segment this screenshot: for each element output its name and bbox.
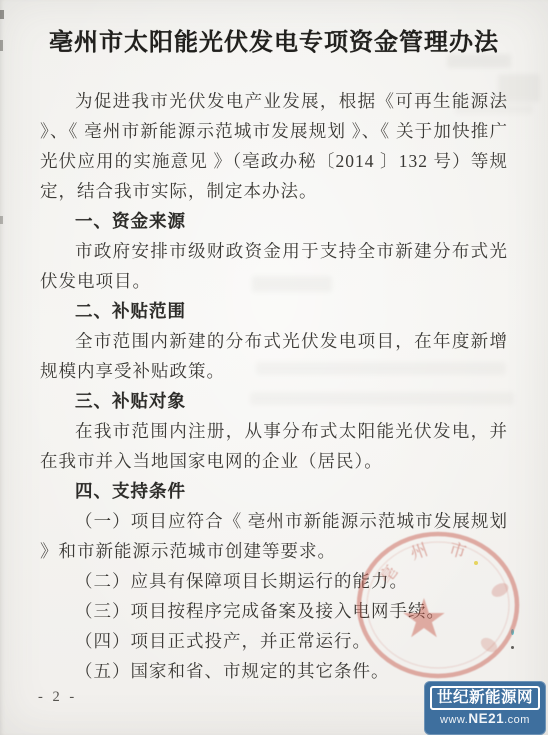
section-4-item-4: （四）项目正式投产，并正常运行。: [40, 626, 508, 656]
intro-paragraph: 为促进我市光伏发电产业发展，根据《可再生能源法 》、《 亳州市新能源示范城市发展…: [40, 86, 508, 206]
watermark-url-domain: NE21: [468, 711, 504, 726]
watermark-url-tld: .com: [504, 714, 530, 726]
scan-speck: [511, 629, 514, 635]
section-2-paragraph: 全市范围内新建的分布式光伏发电项目，在年度新增规模内享受补贴政策。: [40, 326, 508, 386]
section-4-item-3: （三）项目按程序完成备案及接入电网手续。: [40, 596, 508, 626]
section-4-item-2: （二）应具有保障项目长期运行的能力。: [40, 566, 508, 596]
section-heading-2: 二、补贴范围: [40, 296, 508, 326]
section-4-item-1: （一）项目应符合《 亳州市新能源示范城市发展规划 》和市新能源示范城市创建等要求…: [40, 506, 508, 566]
watermark-badge: 世纪新能源网 www.NE21.com: [424, 681, 546, 735]
section-3-paragraph: 在我市范围内注册，从事分布式太阳能光伏发电，并在我市并入当地国家电网的企业（居民…: [40, 416, 508, 476]
section-1-paragraph: 市政府安排市级财政资金用于支持全市新建分布式光伏发电项目。: [40, 236, 508, 296]
document-title: 亳州市太阳能光伏发电专项资金管理办法: [0, 22, 548, 57]
scan-edge-mark: [0, 216, 3, 224]
scan-edge-mark: [0, 10, 4, 19]
page-number: - 2 -: [38, 689, 77, 706]
scan-speck: [511, 646, 514, 649]
watermark-url-www: www.: [440, 714, 468, 726]
section-heading-1: 一、资金来源: [40, 206, 508, 236]
section-heading-4: 四、支持条件: [40, 476, 508, 506]
watermark-url: www.NE21.com: [424, 711, 546, 728]
watermark-site-name: 世纪新能源网: [430, 686, 540, 710]
document-page: 亳州市太阳能光伏发电专项资金管理办法 为促进我市光伏发电产业发展，根据《可再生能…: [0, 0, 548, 735]
section-heading-3: 三、补贴对象: [40, 386, 508, 416]
document-body: 为促进我市光伏发电产业发展，根据《可再生能源法 》、《 亳州市新能源示范城市发展…: [40, 86, 508, 686]
